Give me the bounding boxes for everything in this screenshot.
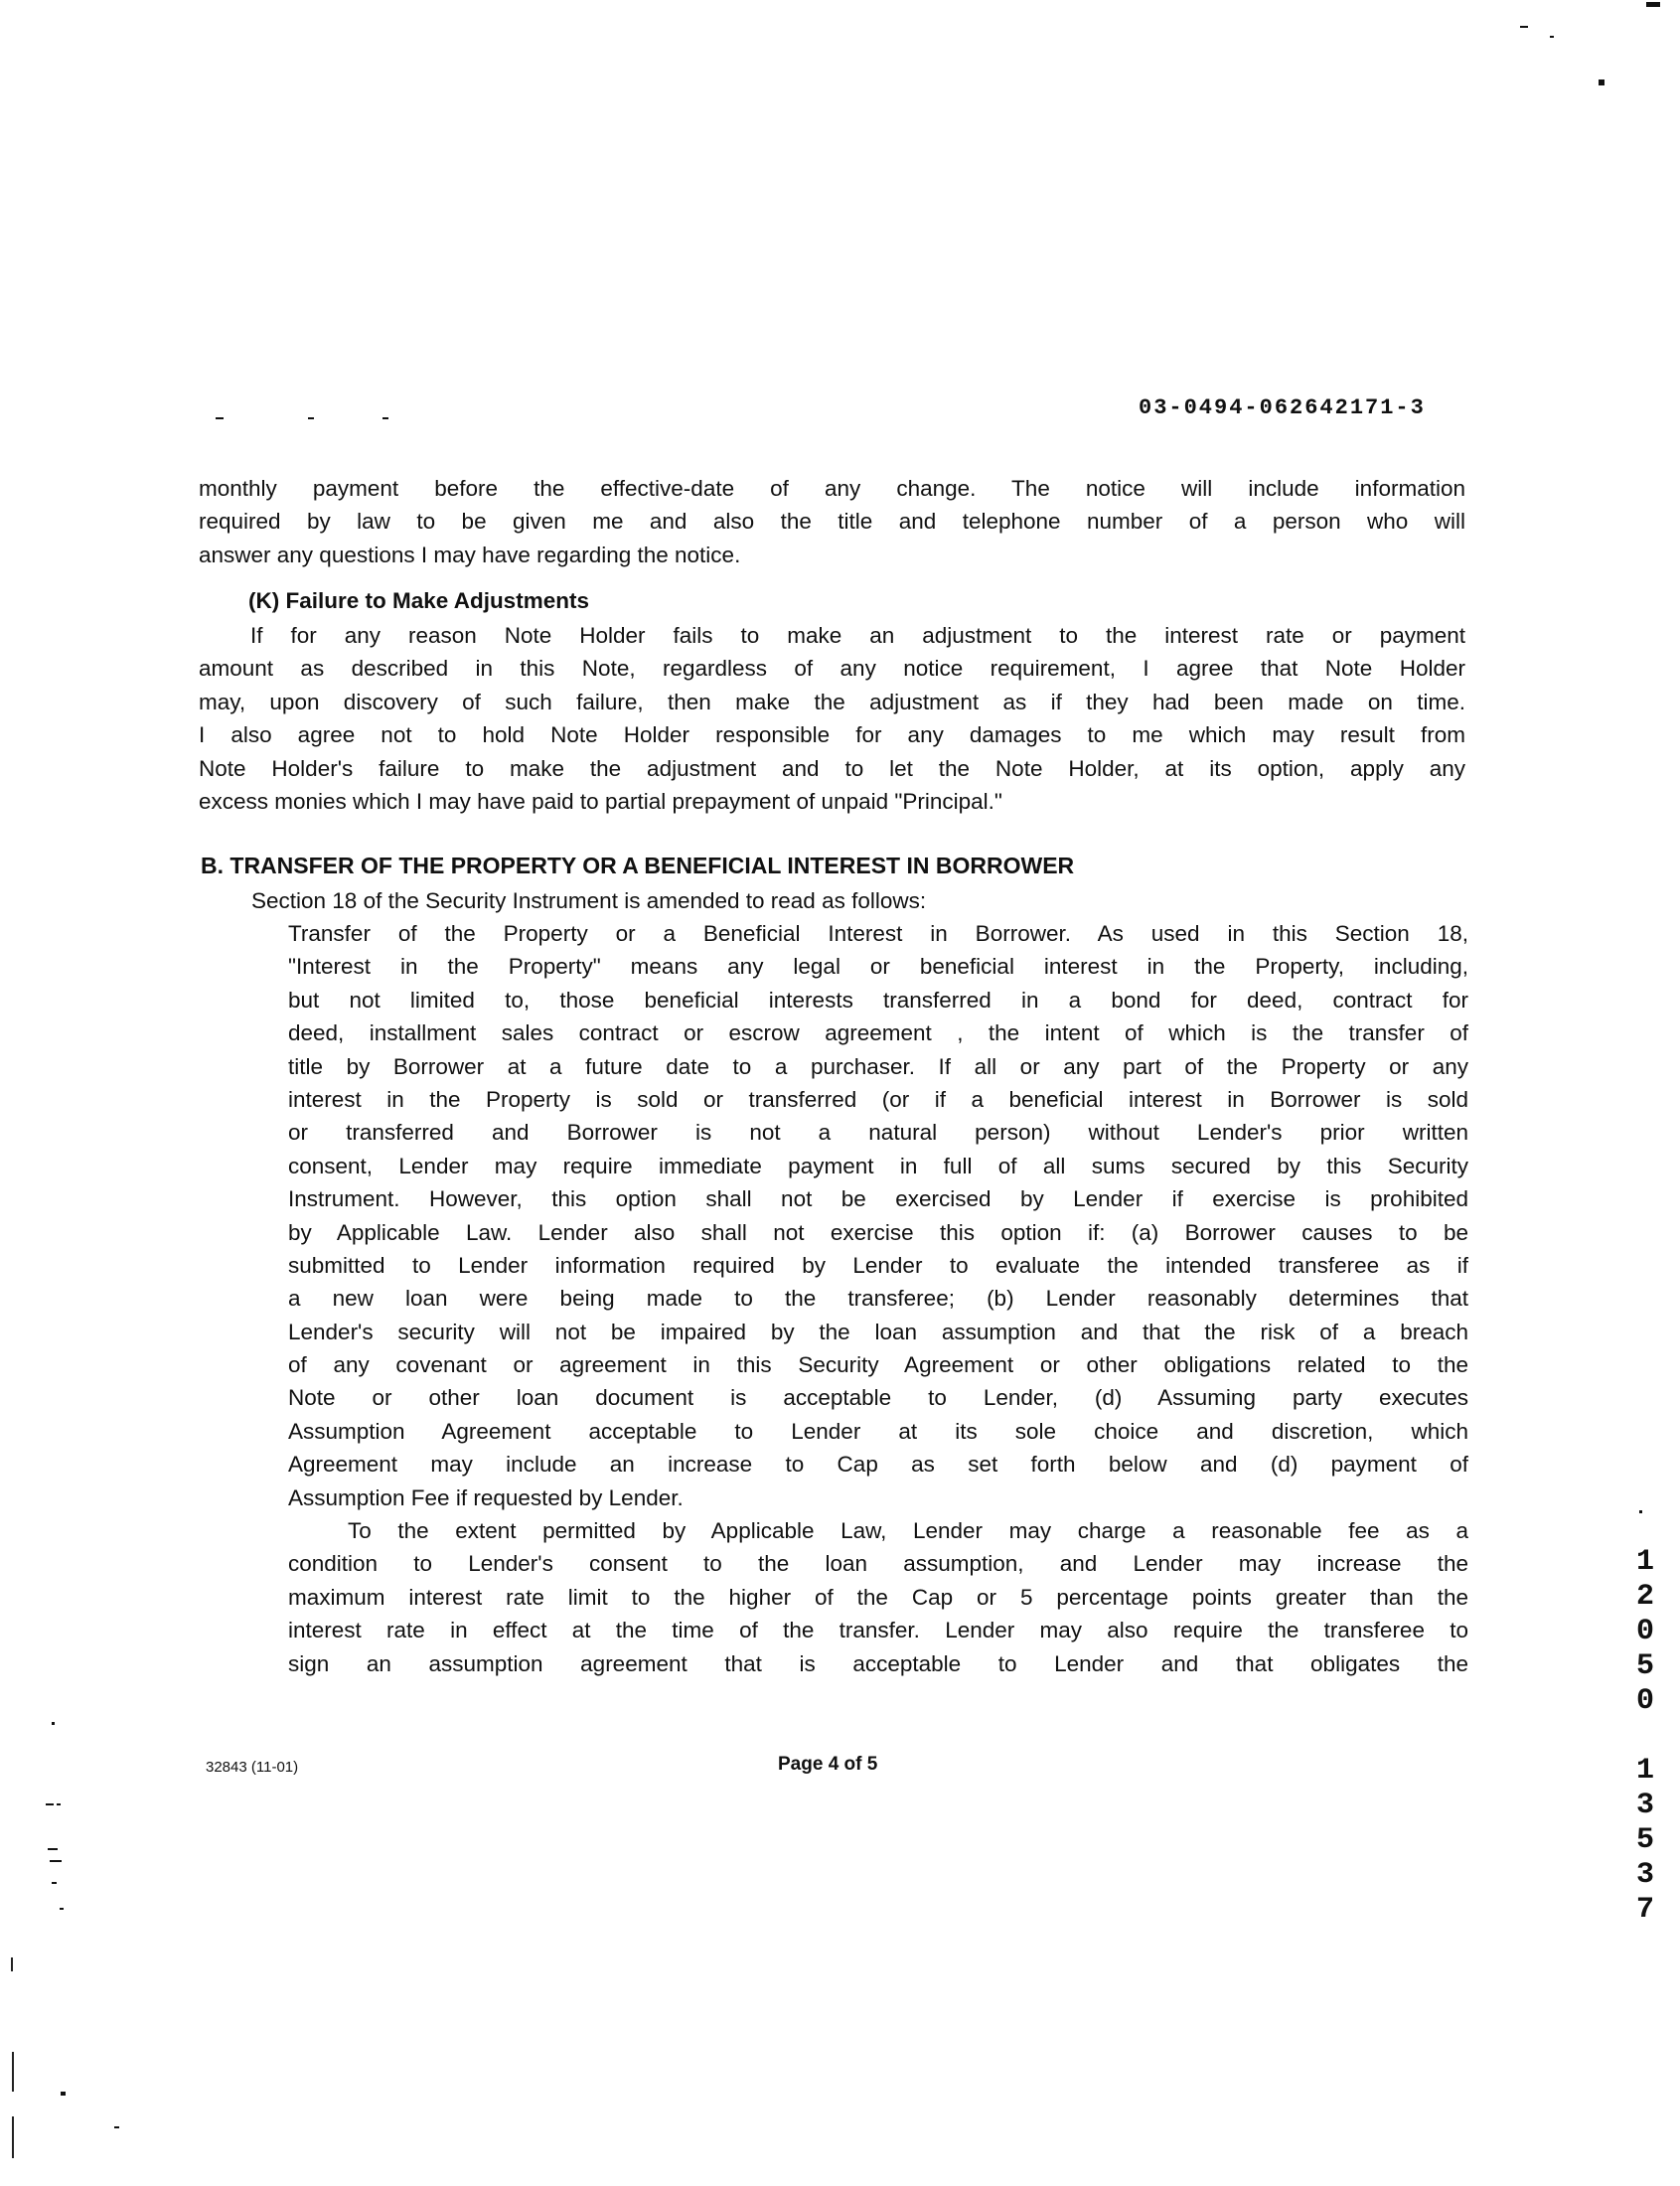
- text-line: Lender's security will not be impaired b…: [288, 1316, 1468, 1348]
- text-line: of any covenant or agreement in this Sec…: [288, 1348, 1468, 1381]
- scan-speck: [1599, 79, 1604, 85]
- text-line: a new loan were being made to the transf…: [288, 1282, 1468, 1315]
- text-line: submitted to Lender information required…: [288, 1249, 1468, 1282]
- document-number: 03-0494-062642171-3: [1139, 395, 1426, 420]
- stamp-digit: 1: [1630, 1754, 1660, 1789]
- scan-speck: [48, 1848, 58, 1850]
- text-line: Agreement may include an increase to Cap…: [288, 1448, 1468, 1481]
- text-line: sign an assumption agreement that is acc…: [288, 1647, 1468, 1680]
- form-number: 32843 (11-01): [206, 1759, 298, 1776]
- scan-speck: [1646, 2, 1660, 7]
- section-b-heading: B. TRANSFER OF THE PROPERTY OR A BENEFIC…: [201, 853, 1074, 879]
- scan-speck: [1550, 36, 1554, 38]
- text-line: required by law to be given me and also …: [199, 505, 1465, 538]
- text-line: deed, installment sales contract or escr…: [288, 1016, 1468, 1049]
- text-line: condition to Lender's consent to the loa…: [288, 1547, 1468, 1580]
- section-b-intro: Section 18 of the Security Instrument is…: [251, 884, 1518, 917]
- scan-edge-line: [12, 2052, 14, 2092]
- text-line: consent, Lender may require immediate pa…: [288, 1150, 1468, 1182]
- scan-speck: [52, 1722, 55, 1725]
- text-line: To the extent permitted by Applicable La…: [288, 1514, 1468, 1547]
- scan-speck: [61, 2092, 66, 2096]
- text-line: excess monies which I may have paid to p…: [199, 785, 1465, 818]
- text-line: title by Borrower at a future date to a …: [288, 1050, 1468, 1083]
- text-line: Transfer of the Property or a Beneficial…: [288, 917, 1468, 950]
- stamp-digit: 1: [1630, 1545, 1660, 1580]
- text-line: Instrument. However, this option shall n…: [288, 1182, 1468, 1215]
- scan-speck: [52, 1882, 57, 1884]
- intro-paragraph: monthly payment before the effective-dat…: [199, 472, 1465, 571]
- text-line: amount as described in this Note, regard…: [199, 652, 1465, 685]
- text-line: Assumption Agreement acceptable to Lende…: [288, 1415, 1468, 1448]
- stamp-gap: [1630, 1719, 1660, 1754]
- scan-speck: [382, 417, 388, 419]
- stamp-digit: 0: [1630, 1615, 1660, 1649]
- stamp-digit: 0: [1630, 1684, 1660, 1719]
- stamp-digit: 7: [1630, 1893, 1660, 1928]
- section-k-paragraph: If for any reason Note Holder fails to m…: [199, 619, 1465, 818]
- text-line: Assumption Fee if requested by Lender.: [288, 1482, 1468, 1514]
- text-line: but not limited to, those beneficial int…: [288, 984, 1468, 1016]
- stamp-digit: 3: [1630, 1858, 1660, 1893]
- text-line: Section 18 of the Security Instrument is…: [251, 884, 1518, 917]
- text-line: interest in the Property is sold or tran…: [288, 1083, 1468, 1116]
- text-line: I also agree not to hold Note Holder res…: [199, 718, 1465, 751]
- text-line: or transferred and Borrower is not a nat…: [288, 1116, 1468, 1149]
- text-line: maximum interest rate limit to the highe…: [288, 1581, 1468, 1614]
- text-line: If for any reason Note Holder fails to m…: [199, 619, 1465, 652]
- side-stamp-number: 1 2 0 5 0 1 3 5 3 7: [1630, 1545, 1660, 1928]
- scan-speck: [60, 1908, 64, 1910]
- scan-speck: [50, 1860, 62, 1862]
- stamp-digit: 3: [1630, 1789, 1660, 1823]
- scan-speck: [1639, 1510, 1642, 1513]
- scan-speck: [46, 1803, 54, 1805]
- section-k-heading: (K) Failure to Make Adjustments: [248, 588, 589, 614]
- text-line: interest rate in effect at the time of t…: [288, 1614, 1468, 1646]
- text-line: monthly payment before the effective-dat…: [199, 472, 1465, 505]
- scan-speck: [114, 2126, 119, 2128]
- document-page: 03-0494-062642171-3 monthly payment befo…: [0, 0, 1680, 2186]
- scan-edge-line: [11, 1957, 13, 1971]
- section-b-paragraph-1: Transfer of the Property or a Beneficial…: [288, 917, 1468, 1514]
- scan-edge-line: [12, 2116, 14, 2158]
- scan-speck: [57, 1803, 61, 1805]
- text-line: may, upon discovery of such failure, the…: [199, 686, 1465, 718]
- scan-speck: [216, 417, 224, 419]
- text-line: answer any questions I may have regardin…: [199, 539, 1465, 571]
- page-number: Page 4 of 5: [778, 1754, 877, 1776]
- scan-speck: [1520, 26, 1528, 28]
- stamp-digit: 2: [1630, 1580, 1660, 1615]
- section-b-paragraph-2: To the extent permitted by Applicable La…: [288, 1514, 1468, 1680]
- text-line: Note or other loan document is acceptabl…: [288, 1381, 1468, 1414]
- text-line: Note Holder's failure to make the adjust…: [199, 752, 1465, 785]
- stamp-digit: 5: [1630, 1649, 1660, 1684]
- text-line: by Applicable Law. Lender also shall not…: [288, 1216, 1468, 1249]
- stamp-digit: 5: [1630, 1823, 1660, 1858]
- scan-speck: [308, 417, 314, 419]
- text-line: "Interest in the Property" means any leg…: [288, 950, 1468, 983]
